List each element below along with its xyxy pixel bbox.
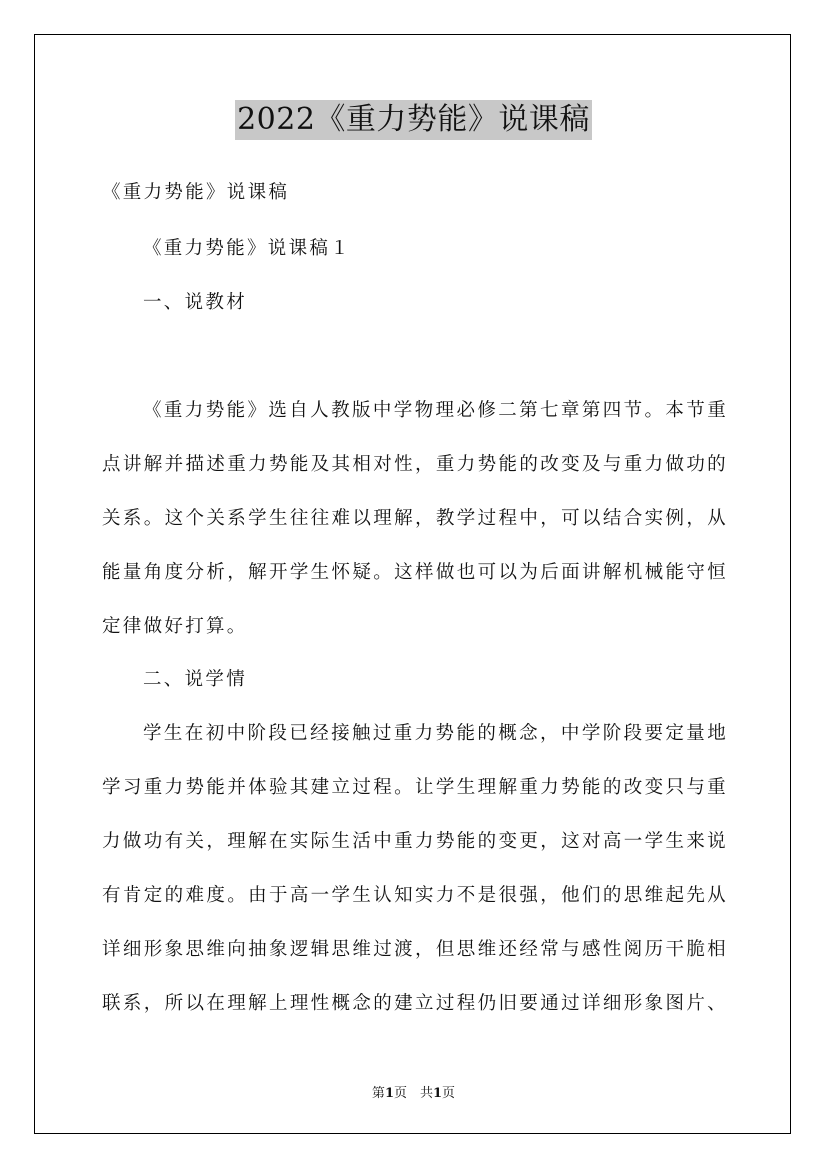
- paragraph-line: 联系，所以在理解上理性概念的建立过程仍旧要通过详细形象图片、: [102, 992, 728, 1016]
- document-title: 2022《重力势能》说课稿: [235, 100, 592, 140]
- page-total: 1: [433, 1086, 442, 1101]
- document-subtitle: 《重力势能》说课稿: [102, 181, 289, 205]
- heading-student-analysis: 二、说学情: [143, 668, 247, 692]
- paragraph-line: 力做功有关，理解在实际生活中重力势能的变更，这对高一学生来说: [102, 830, 728, 854]
- paragraph-line: 能量角度分析，解开学生怀疑。这样做也可以为后面讲解机械能守恒: [102, 561, 728, 585]
- section-title: 《重力势能》说课稿１: [143, 237, 351, 261]
- paragraph-line: 详细形象思维向抽象逻辑思维过渡，但思维还经常与感性阅历干脆相: [102, 938, 728, 962]
- paragraph-line: 学习重力势能并体验其建立过程。让学生理解重力势能的改变只与重: [102, 776, 728, 800]
- title-container: 2022《重力势能》说课稿: [0, 100, 827, 140]
- paragraph-line: 定律做好打算。: [102, 615, 248, 639]
- page-footer: 第1页 共1页: [0, 1082, 827, 1101]
- page-label-mid: 页 共: [394, 1086, 433, 1101]
- page-label-suffix: 页: [442, 1086, 455, 1101]
- paragraph-line: 有肯定的难度。由于高一学生认知实力不是很强，他们的思维起先从: [102, 884, 728, 908]
- paragraph-line: 关系。这个关系学生往往难以理解，教学过程中，可以结合实例，从: [102, 507, 728, 531]
- page-label-prefix: 第: [372, 1086, 385, 1101]
- page-current: 1: [385, 1086, 394, 1101]
- paragraph-line: 《重力势能》选自人教版中学物理必修二第七章第四节。本节重: [143, 399, 728, 423]
- paragraph-line: 学生在初中阶段已经接触过重力势能的概念，中学阶段要定量地: [143, 722, 728, 746]
- heading-teaching-material: 一、说教材: [143, 291, 247, 315]
- paragraph-line: 点讲解并描述重力势能及其相对性，重力势能的改变及与重力做功的: [102, 453, 728, 477]
